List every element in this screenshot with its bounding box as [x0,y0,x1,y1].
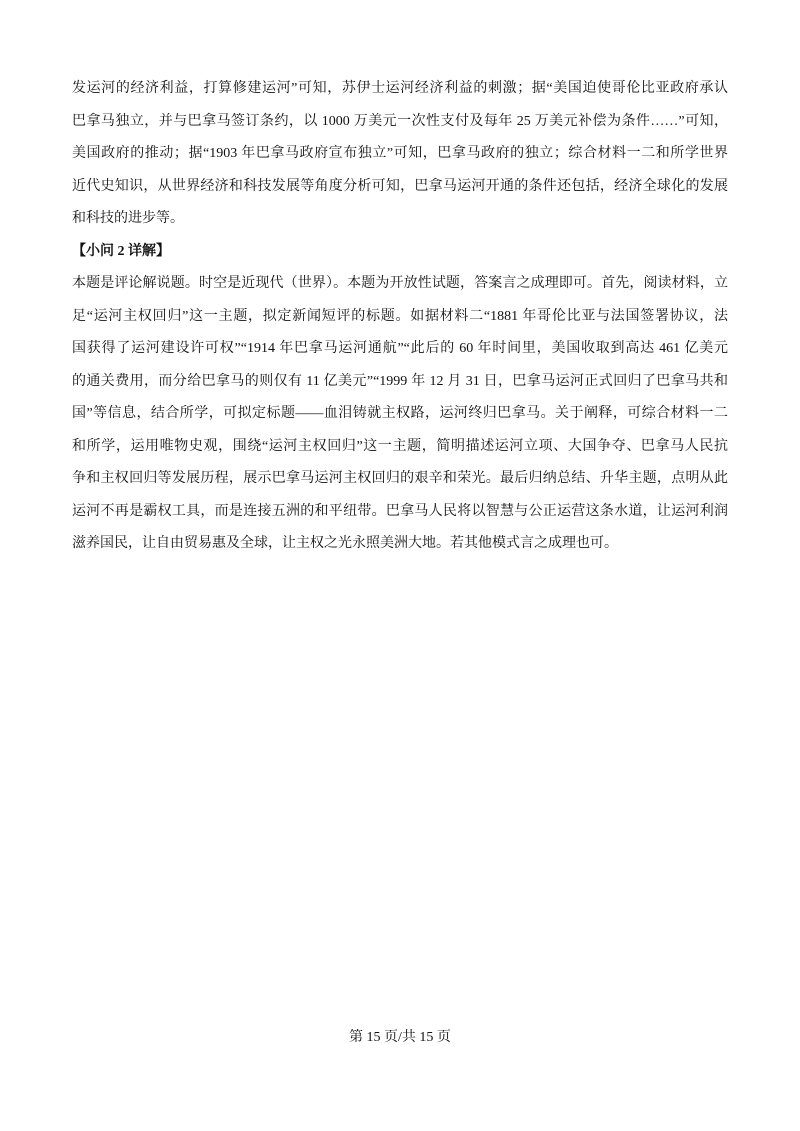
body-line: 运河不再是霸权工具，而是连接五洲的和平纽带。巴拿马人民将以智慧与公正运营这条水道… [72,496,728,529]
body-line: 和科技的进步等。 [72,203,728,236]
body-line: 巴拿马独立，并与巴拿马签订条约，以 1000 万美元一次性支付及每年 25 万美… [72,106,728,139]
body-line: 和所学，运用唯物史观，围绕“运河主权回归”这一主题，简明描述运河立项、大国争夺、… [72,431,728,464]
body-line: 发运河的经济利益，打算修建运河”可知，苏伊士运河经济利益的刺激；据“美国迫使哥伦… [72,73,728,106]
body-line: 近代史知识，从世界经济和科技发展等角度分析可知，巴拿马运河开通的条件还包括，经济… [72,171,728,204]
body-line: 国”等信息，结合所学，可拟定标题——血泪铸就主权路，运河终归巴拿马。关于阐释，可… [72,398,728,431]
body-line: 滋养国民，让自由贸易惠及全球，让主权之光永照美洲大地。若其他模式言之成理也可。 [72,528,728,561]
body-line: 的通关费用，而分给巴拿马的则仅有 11 亿美元”“1999 年 12 月 31 … [72,366,728,399]
page-number: 第 15 页/共 15 页 [0,1026,800,1046]
body-line: 美国政府的推动；据“1903 年巴拿马政府宣布独立”可知，巴拿马政府的独立；综合… [72,138,728,171]
section-heading: 【小问 2 详解】 [72,236,728,269]
answer-explanation-text: 发运河的经济利益，打算修建运河”可知，苏伊士运河经济利益的刺激；据“美国迫使哥伦… [72,73,728,561]
body-line: 足“运河主权回归”这一主题，拟定新闻短评的标题。如据材料二“1881 年哥伦比亚… [72,301,728,334]
document-page: 发运河的经济利益，打算修建运河”可知，苏伊士运河经济利益的刺激；据“美国迫使哥伦… [0,0,800,1131]
body-line: 本题是评论解说题。时空是近现代（世界）。本题为开放性试题，答案言之成理即可。首先… [72,268,728,301]
body-line: 国获得了运河建设许可权”“1914 年巴拿马运河通航”“此后的 60 年时间里，… [72,333,728,366]
body-line: 争和主权回归等发展历程，展示巴拿马运河主权回归的艰辛和荣光。最后归纳总结、升华主… [72,463,728,496]
